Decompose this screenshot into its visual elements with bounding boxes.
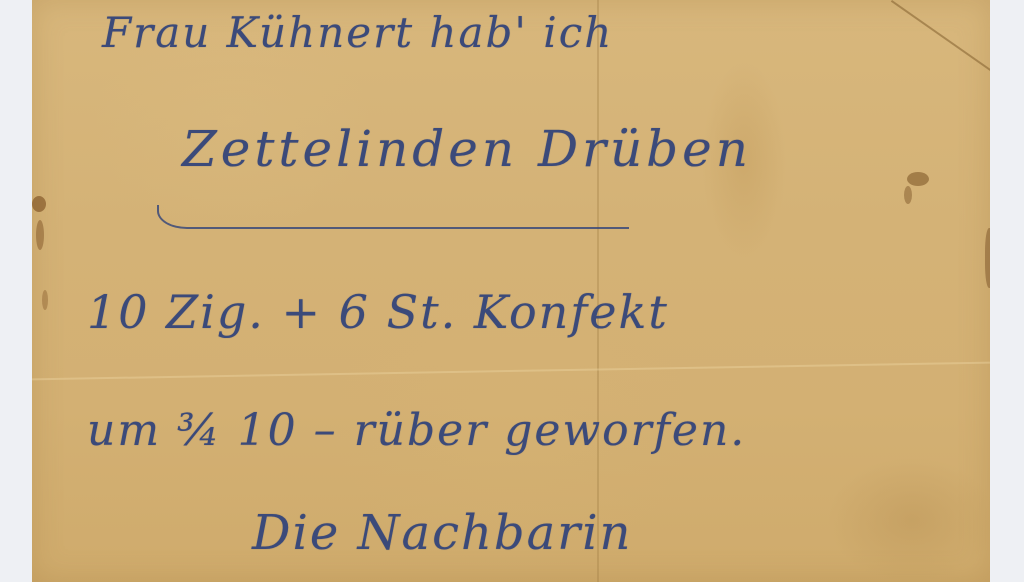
heading-underline xyxy=(157,205,629,229)
edge-stain xyxy=(32,196,46,212)
edge-stain xyxy=(42,290,48,310)
handwritten-line-signature: Die Nachbarin xyxy=(252,505,632,561)
ink-stain xyxy=(907,172,929,186)
aged-paper-note: Frau Kühnert hab' ich Zettelinden Drüben… xyxy=(32,0,990,582)
corner-crease xyxy=(891,0,990,93)
edge-stain xyxy=(36,220,44,250)
handwritten-line-recipient: Frau Kühnert hab' ich xyxy=(102,8,613,57)
scanned-document: Frau Kühnert hab' ich Zettelinden Drüben… xyxy=(0,0,1024,582)
ink-stain xyxy=(904,186,912,204)
handwritten-line-items: 10 Zig. + 6 St. Konfekt xyxy=(87,285,669,339)
handwritten-line-heading: Zettelinden Drüben xyxy=(182,120,752,178)
horizontal-fold-crease xyxy=(32,362,990,381)
handwritten-line-time: um ¾ 10 – rüber geworfen. xyxy=(87,405,746,456)
edge-stain xyxy=(985,228,990,288)
